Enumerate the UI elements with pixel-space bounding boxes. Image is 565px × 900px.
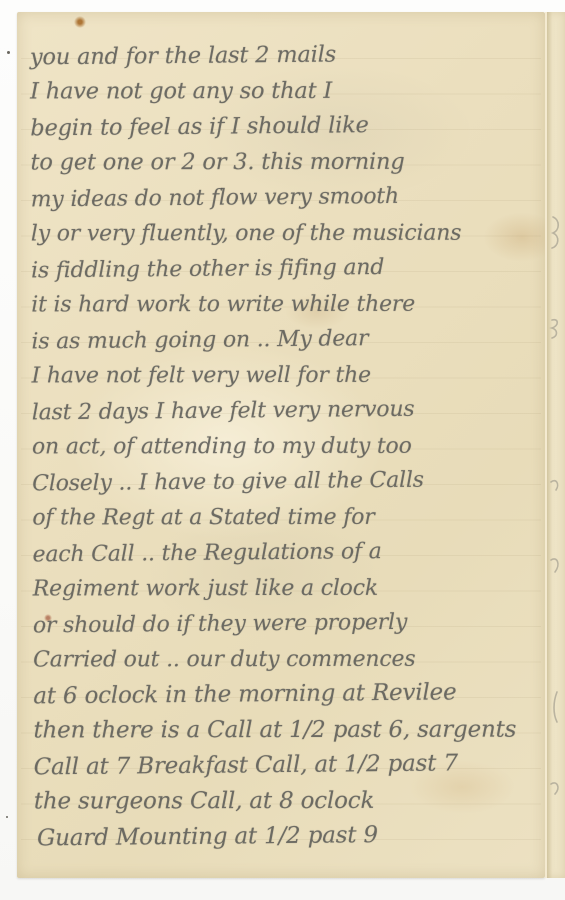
handwriting-line: I have not got any so that I — [30, 73, 535, 109]
dust-speck — [6, 816, 8, 818]
handwriting-line: of the Regt at a Stated time for — [32, 499, 537, 535]
handwriting-line: each Call .. the Regulations of a — [32, 533, 537, 573]
bleed-through-marks — [547, 12, 565, 878]
handwriting-line: begin to feel as if I should like — [30, 107, 535, 147]
handwriting-line: you and for the last 2 mails — [30, 36, 535, 76]
handwriting-line: is as much going on .. My dear — [31, 320, 536, 360]
handwriting-line: it is hard work to write while there — [31, 286, 536, 322]
handwriting-line: at 6 oclock in the morning at Revilee — [33, 675, 538, 715]
dust-speck — [7, 51, 10, 54]
handwriting-line: Guard Mounting at 1/2 past 9 — [37, 817, 539, 857]
handwriting-line: ly or very fluently, one of the musician… — [31, 215, 536, 251]
handwriting-line: then there is a Call at 1/2 past 6, sarg… — [33, 712, 538, 748]
handwriting-line: my ideas do not flow very smooth — [31, 178, 536, 218]
handwriting-line: the surgeons Call, at 8 oclock — [34, 783, 539, 819]
handwriting-line: on act, of attending to my duty too — [32, 428, 537, 464]
handwriting-line: or should do if they were properly — [33, 604, 538, 644]
handwritten-text-block: you and for the last 2 mails I have not … — [30, 37, 539, 856]
handwriting-line: Regiment work just like a clock — [33, 570, 538, 606]
handwriting-line: Carried out .. our duty commences — [33, 641, 538, 677]
handwriting-line: is fiddling the other is fifing and — [31, 249, 536, 289]
handwriting-line: last 2 days I have felt very nervous — [32, 391, 537, 431]
handwriting-line: Call at 7 Breakfast Call, at 1/2 past 7 — [34, 746, 539, 786]
adjacent-page-edge — [547, 12, 565, 878]
handwriting-line: to get one or 2 or 3. this morning — [30, 144, 535, 180]
handwriting-line: I have not felt very well for the — [32, 357, 537, 393]
handwriting-line: Closely .. I have to give all the Calls — [32, 462, 537, 502]
scanned-letter-page: you and for the last 2 mails I have not … — [17, 12, 545, 878]
